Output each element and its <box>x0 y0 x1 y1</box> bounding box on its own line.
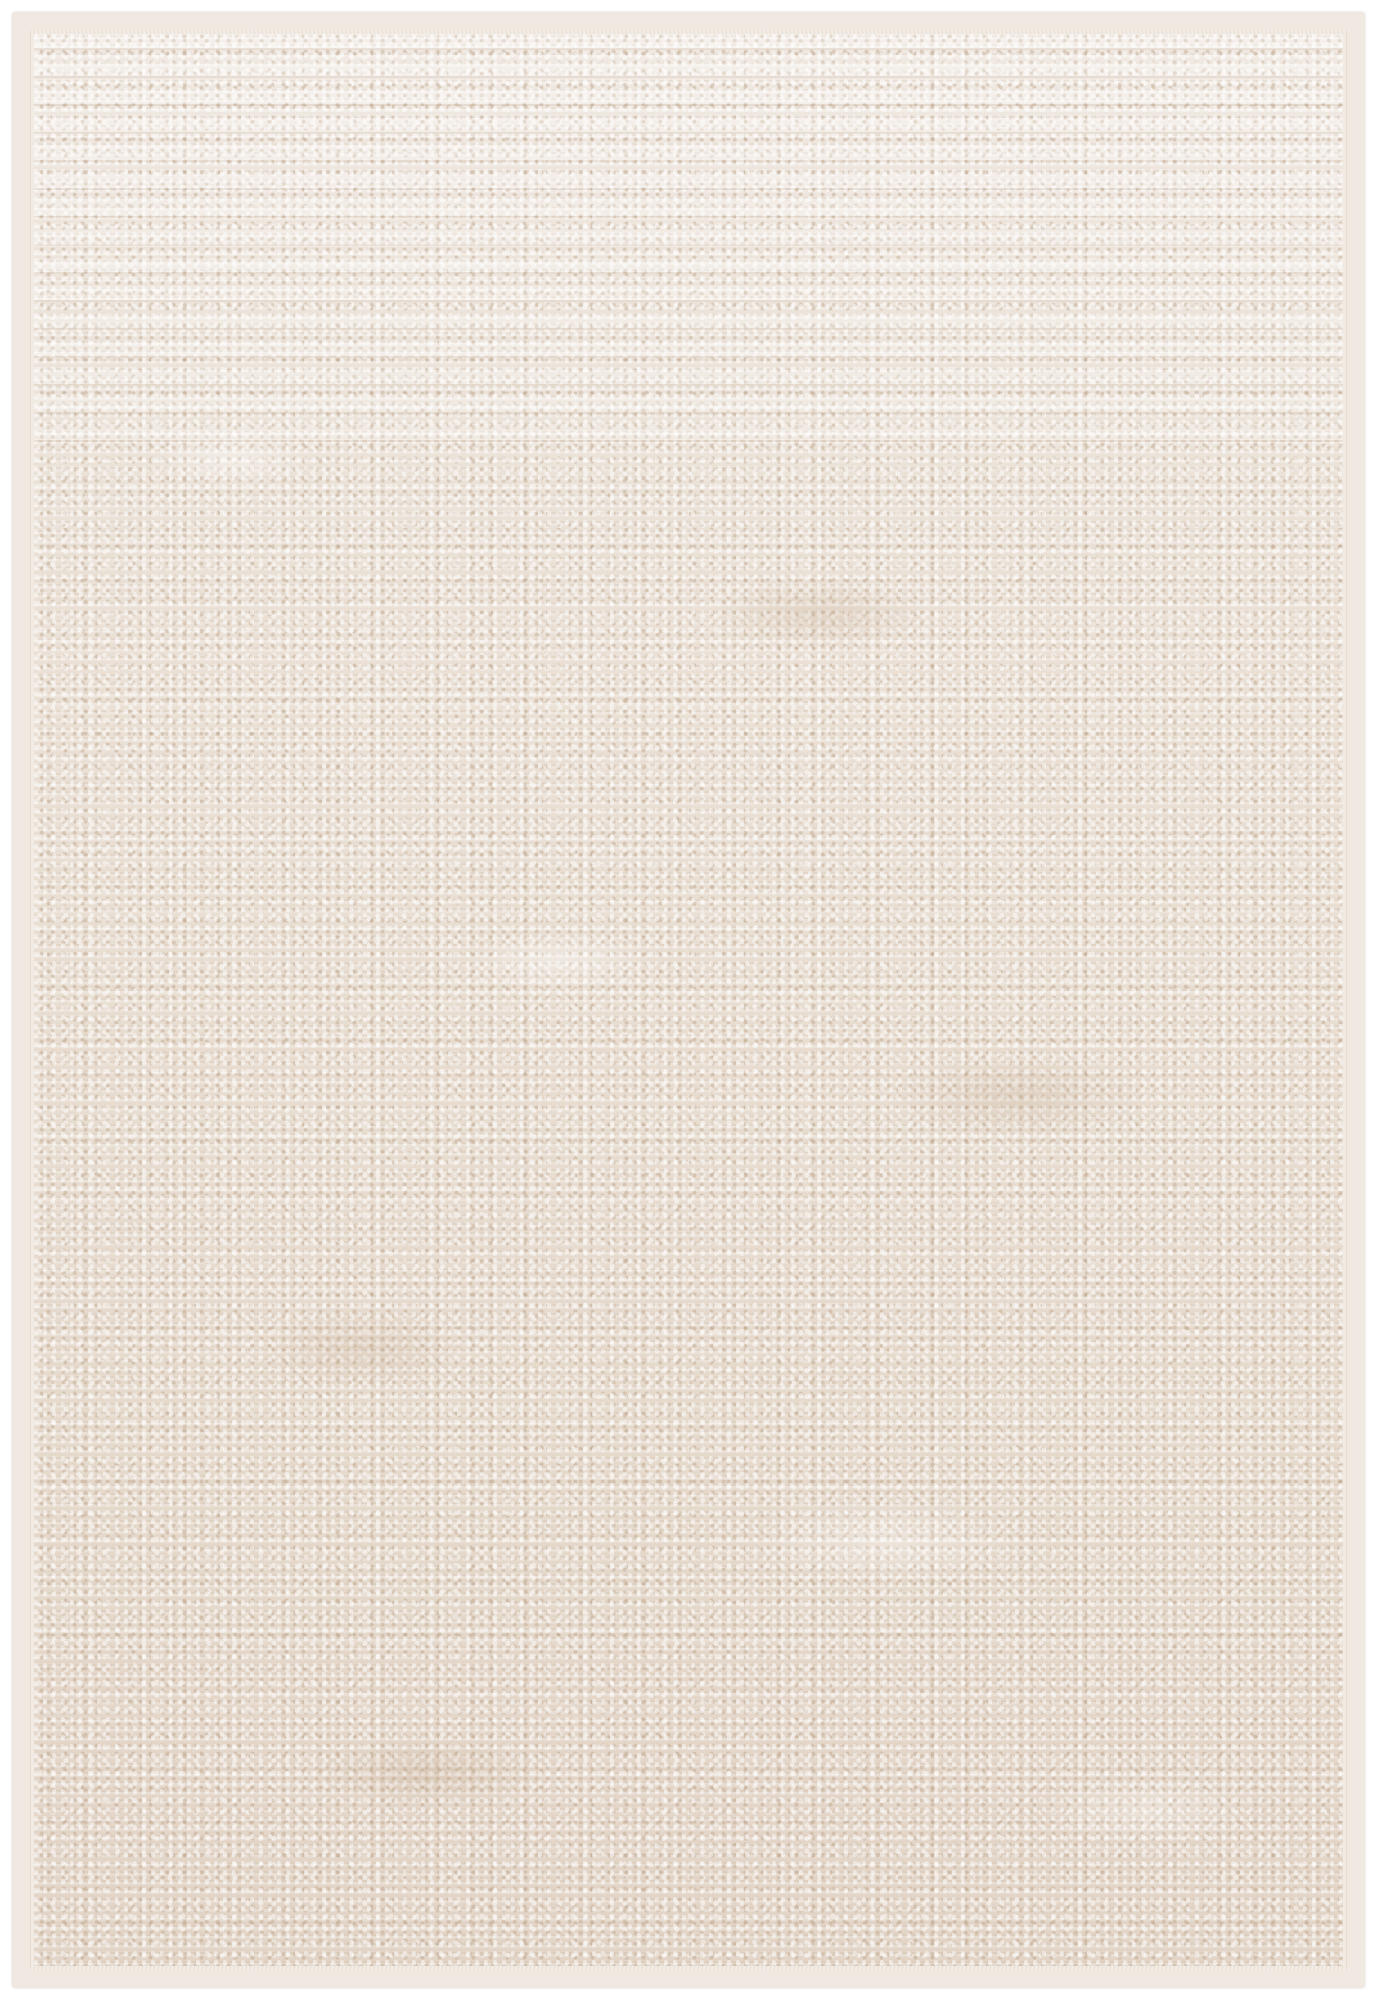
rug-distressed-pattern <box>34 34 1343 1966</box>
rug-pile-field <box>34 34 1343 1966</box>
product-photo <box>0 0 1379 2000</box>
area-rug <box>12 12 1365 1988</box>
